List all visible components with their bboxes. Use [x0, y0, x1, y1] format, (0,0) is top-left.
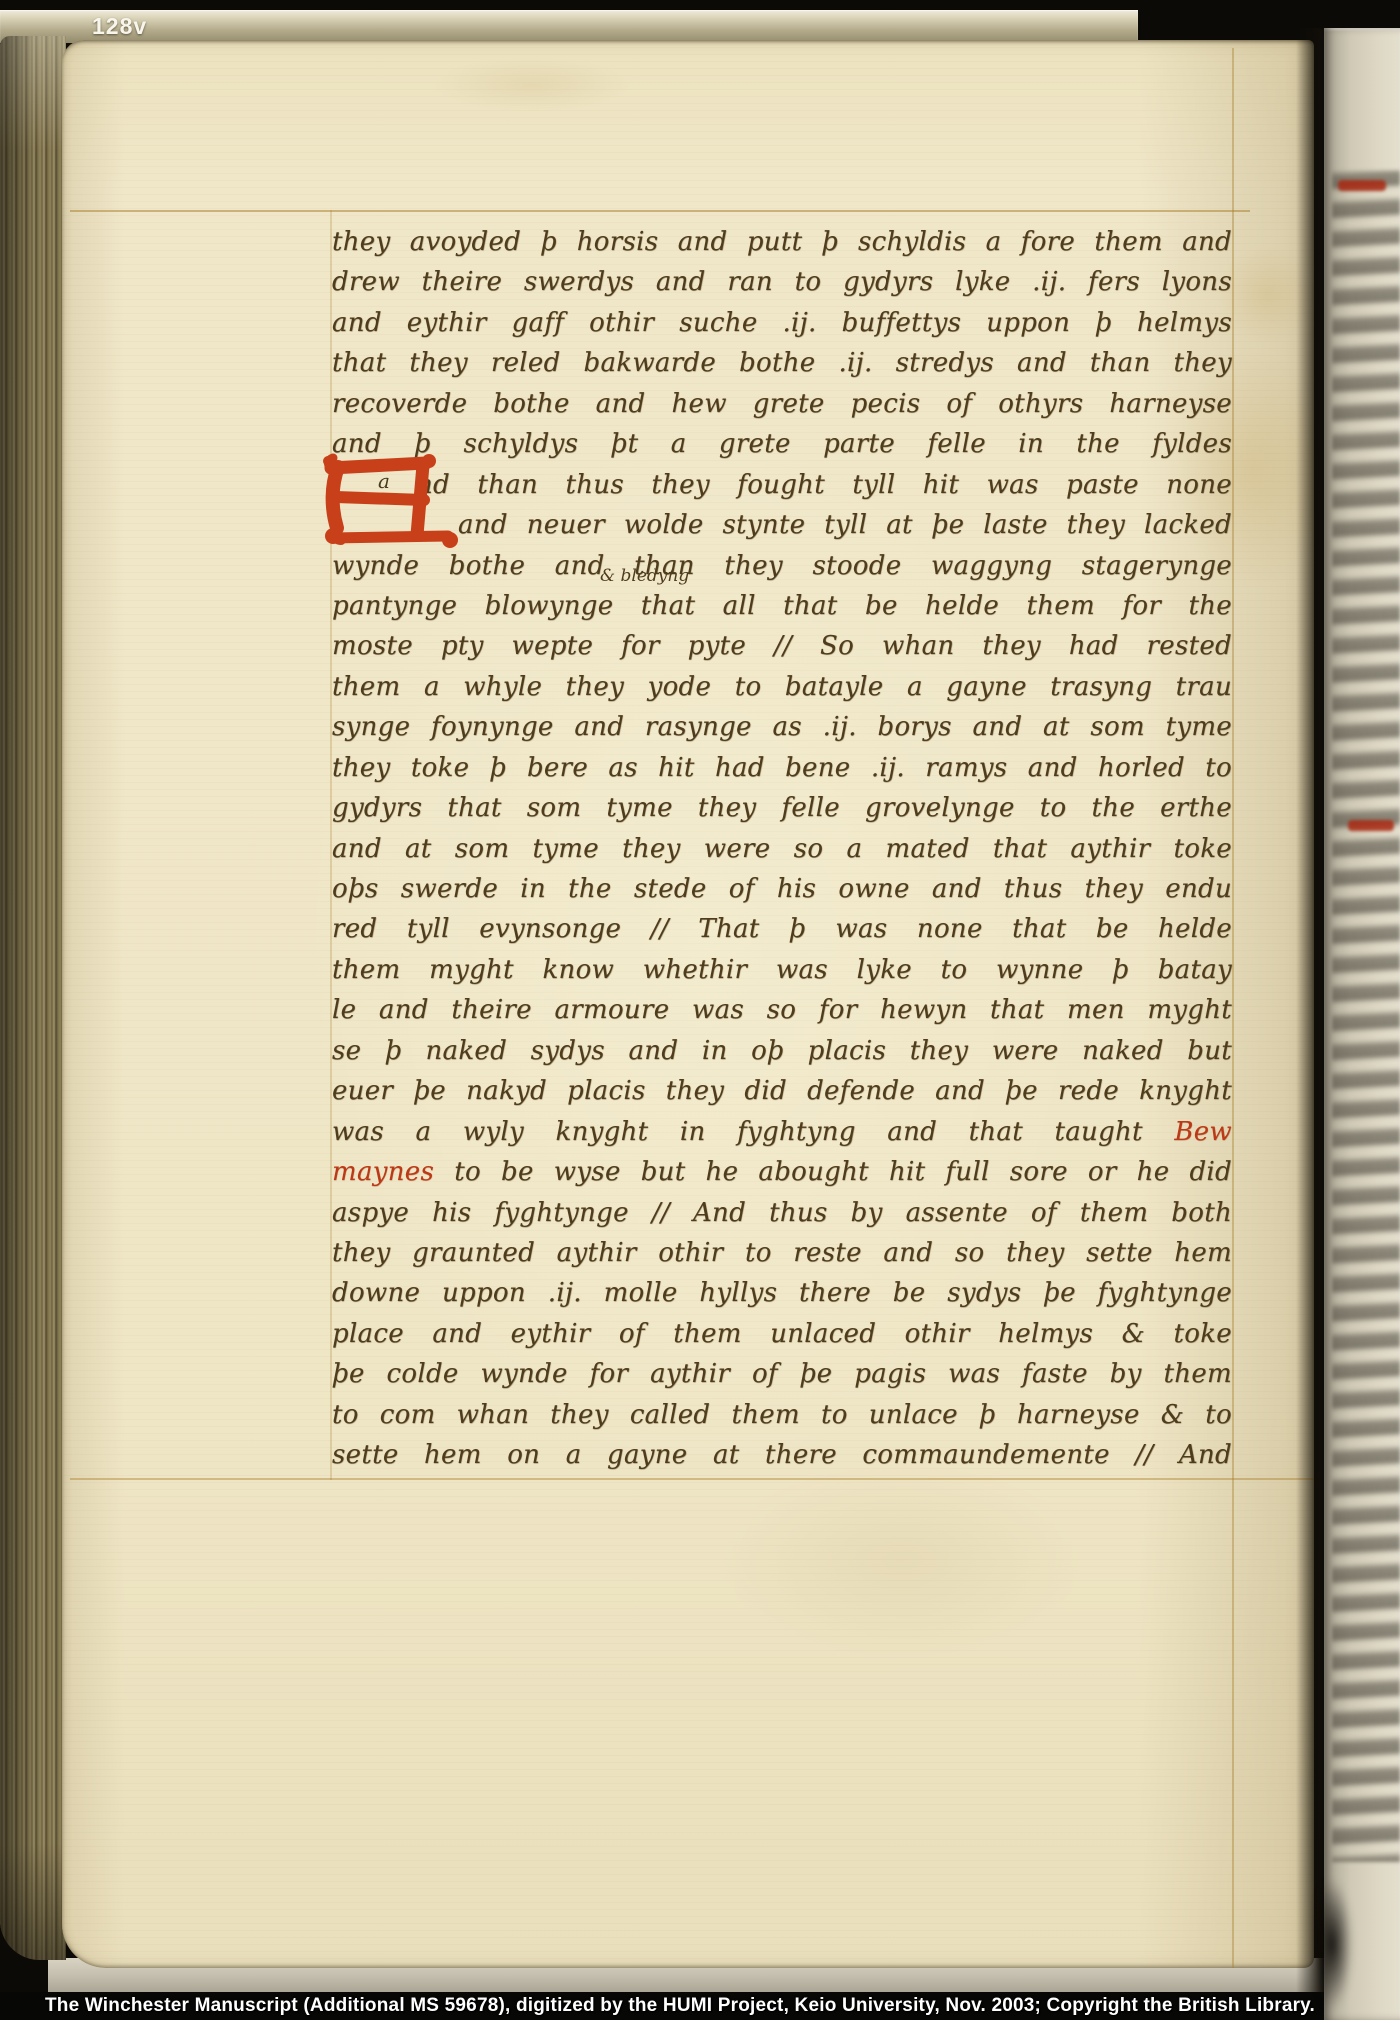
ink-text: þe colde wynde for aythir of þe pagis wa…: [332, 1359, 1232, 1389]
facing-page-edge: [1324, 28, 1400, 2020]
manuscript-line: place and eythir of them unlaced othir h…: [332, 1314, 1232, 1354]
manuscript-photo: 128v & bledyng they avoyded þ horsis and…: [0, 0, 1400, 2020]
manuscript-line: wynde bothe and than they stoode waggyng…: [332, 546, 1232, 586]
manuscript-line: aspye his fyghtynge // And thus by assen…: [332, 1193, 1232, 1233]
ink-text: moste pty wepte for pyte // So whan they…: [332, 631, 1232, 661]
manuscript-text-block: & bledyng they avoyded þ horsis and putt…: [332, 222, 1232, 1478]
manuscript-line: maynes to be wyse but he abought hit ful…: [332, 1152, 1232, 1192]
caption-text: The Winchester Manuscript (Additional MS…: [0, 1992, 1360, 2020]
ink-text: wynde bothe and than they stoode waggyng…: [332, 551, 1232, 581]
manuscript-line: se þ naked sydys and in oþ placis they w…: [332, 1031, 1232, 1071]
manuscript-line: pantynge blowynge that all that be helde…: [332, 586, 1232, 626]
ink-text: recoverde bothe and hew grete pecis of o…: [332, 389, 1232, 419]
ink-text: se þ naked sydys and in oþ placis they w…: [332, 1036, 1232, 1066]
manuscript-line: euer þe nakyd placis they did defende an…: [332, 1071, 1232, 1111]
decorated-initial-a: a: [322, 452, 462, 548]
ink-text: place and eythir of them unlaced othir h…: [332, 1319, 1232, 1349]
ruled-line-bottom: [70, 1478, 1314, 1480]
ruled-line-right: [1232, 48, 1234, 1968]
ink-text: nd than thus they fought tyll hit was pa…: [416, 470, 1232, 500]
manuscript-line: and at som tyme they were so a mated tha…: [332, 829, 1232, 869]
manuscript-line: they graunted aythir othir to reste and …: [332, 1233, 1232, 1273]
manuscript-line: was a wyly knyght in fyghtyng and that t…: [332, 1112, 1232, 1152]
ink-text: to com whan they called them to unlace þ…: [332, 1400, 1232, 1430]
manuscript-line: that they reled bakwarde bothe .ij. stre…: [332, 343, 1232, 383]
ink-text: and þ schyldys þt a grete parte felle in…: [332, 429, 1232, 459]
ink-text: euer þe nakyd placis they did defende an…: [332, 1076, 1232, 1106]
ink-text: downe uppon .ij. molle hyllys there be s…: [332, 1278, 1232, 1308]
ink-text: and eythir gaff othir suche .ij. buffett…: [332, 308, 1232, 338]
manuscript-line: them a whyle they yode to batayle a gayn…: [332, 667, 1232, 707]
rubric-text: maynes: [332, 1157, 434, 1187]
ink-text: gydyrs that som tyme they felle grovelyn…: [332, 793, 1232, 823]
ink-text: aspye his fyghtynge // And thus by assen…: [332, 1198, 1232, 1228]
ink-text: them myght know whethir was lyke to wynn…: [332, 955, 1232, 985]
facing-page-rubric-mark: [1348, 820, 1394, 831]
manuscript-line: recoverde bothe and hew grete pecis of o…: [332, 384, 1232, 424]
manuscript-line: they avoyded þ horsis and putt þ schyldi…: [332, 222, 1232, 262]
ink-text: they toke þ bere as hit had bene .ij. ra…: [332, 753, 1232, 783]
ink-text: and at som tyme they were so a mated tha…: [332, 834, 1232, 864]
ruled-line-top: [70, 210, 1250, 212]
ink-text: to be wyse but he abought hit full sore …: [434, 1157, 1232, 1187]
rubricator-guide-letter: a: [378, 469, 390, 493]
manuscript-line: downe uppon .ij. molle hyllys there be s…: [332, 1273, 1232, 1313]
ink-text: oþs swerde in the stede of his owne and …: [332, 874, 1232, 904]
ink-text: drew theire swerdys and ran to gydyrs ly…: [332, 267, 1232, 297]
ink-text: them a whyle they yode to batayle a gayn…: [332, 672, 1232, 702]
manuscript-line: to com whan they called them to unlace þ…: [332, 1395, 1232, 1435]
facing-page-rubric-mark: [1338, 180, 1386, 191]
ink-text: they avoyded þ horsis and putt þ schyldi…: [332, 227, 1232, 257]
manuscript-line: le and theire armoure was so for hewyn t…: [332, 990, 1232, 1030]
ink-text: synge foynynge and rasynge as .ij. borys…: [332, 712, 1232, 742]
book-leaf-edges: [0, 36, 66, 1960]
rubric-text: Bew: [1174, 1117, 1232, 1147]
ink-text: they graunted aythir othir to reste and …: [332, 1238, 1232, 1268]
manuscript-line: and neuer wolde stynte tyll at þe laste …: [332, 505, 1232, 545]
ink-text: pantynge blowynge that all that be helde…: [332, 591, 1232, 621]
facing-page-text-lines: [1332, 170, 1400, 1862]
ink-text: le and theire armoure was so for hewyn t…: [332, 995, 1232, 1025]
manuscript-line: drew theire swerdys and ran to gydyrs ly…: [332, 262, 1232, 302]
manuscript-line: they toke þ bere as hit had bene .ij. ra…: [332, 748, 1232, 788]
manuscript-line: and eythir gaff othir suche .ij. buffett…: [332, 303, 1232, 343]
ink-text: was a wyly knyght in fyghtyng and that t…: [332, 1117, 1174, 1147]
manuscript-line: oþs swerde in the stede of his owne and …: [332, 869, 1232, 909]
ink-text: and neuer wolde stynte tyll at þe laste …: [458, 510, 1232, 540]
manuscript-line: þe colde wynde for aythir of þe pagis wa…: [332, 1354, 1232, 1394]
manuscript-line: and þ schyldys þt a grete parte felle in…: [332, 424, 1232, 464]
manuscript-line: gydyrs that som tyme they felle grovelyn…: [332, 788, 1232, 828]
manuscript-line: moste pty wepte for pyte // So whan they…: [332, 626, 1232, 666]
manuscript-line: sette hem on a gayne at there commaundem…: [332, 1435, 1232, 1475]
folio-number-label: 128v: [92, 10, 212, 42]
ink-text: that they reled bakwarde bothe .ij. stre…: [332, 348, 1232, 378]
ink-text: sette hem on a gayne at there commaundem…: [332, 1440, 1232, 1470]
gutter-shadow: [1296, 28, 1326, 2020]
manuscript-line: red tyll evynsonge // That þ was none th…: [332, 909, 1232, 949]
ink-text: red tyll evynsonge // That þ was none th…: [332, 914, 1232, 944]
manuscript-line: synge foynynge and rasynge as .ij. borys…: [332, 707, 1232, 747]
manuscript-line: nd than thus they fought tyll hit was pa…: [332, 465, 1232, 505]
interlinear-addition: & bledyng: [600, 566, 689, 586]
manuscript-line: them myght know whethir was lyke to wynn…: [332, 950, 1232, 990]
